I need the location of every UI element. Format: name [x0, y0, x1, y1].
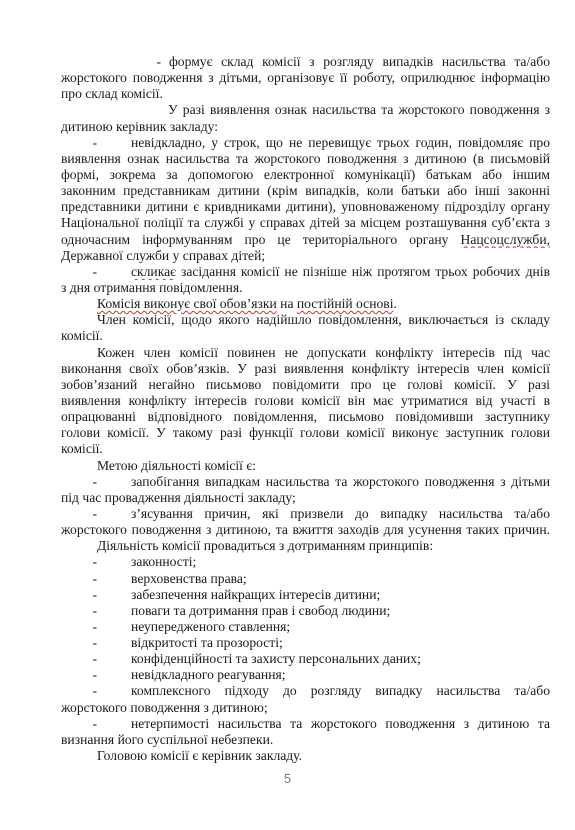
text-line: жорстокого поводження з дитиною, та вжит…	[61, 522, 550, 538]
text-line: комісії.	[61, 441, 550, 457]
principle-item: - верховенства права;	[61, 571, 550, 587]
list-dash: -	[61, 135, 97, 151]
text-span: одночасним інформуванням про це територі…	[61, 232, 448, 247]
text-line: дитиною керівник закладу:	[61, 119, 550, 135]
list-dash: -	[61, 651, 97, 667]
principle-text: верховенства права;	[131, 571, 550, 587]
spellcheck-word[interactable]: скликає	[131, 264, 176, 279]
paragraph-forms-commission: - формує склад комісії з розгляду випадк…	[61, 54, 550, 70]
paragraph-conflict-of-interest: Кожен член комісії повинен не допускати …	[61, 345, 550, 361]
paragraph-signs-of-violence: У разі виявлення ознак насильства та жор…	[61, 102, 550, 118]
list-dash: -	[61, 619, 97, 635]
text-line: запобігання випадкам насильства та жорст…	[131, 474, 550, 490]
list-dash: -	[61, 683, 97, 699]
paragraph-member-excluded: Член комісії, щодо якого надійшло повідо…	[61, 312, 550, 328]
text-line: комісії.	[61, 328, 550, 344]
principle-item: - нетерпимості насильства та жорстокого …	[61, 716, 550, 732]
list-dash: -	[61, 474, 97, 490]
list-dash: -	[61, 571, 97, 587]
principle-item: - відкритості та прозорості;	[61, 635, 550, 651]
text-line: Державної служби у справах дітей;	[61, 248, 550, 264]
text-span: на	[280, 296, 293, 311]
paragraph-goals: Метою діяльності комісії є:	[61, 458, 550, 474]
list-item-convene: - скликає засідання комісії не пізніше н…	[61, 264, 550, 280]
list-item-prevention: - запобігання випадкам насильства та жор…	[61, 474, 550, 490]
text-line: голови комісії. У такому разі функції го…	[61, 425, 550, 441]
text-line: одночасним інформуванням про це територі…	[61, 232, 550, 248]
list-dash: -	[61, 716, 97, 732]
list-dash: -	[61, 587, 97, 603]
text-line: законним представникам дитини (крім випа…	[61, 183, 550, 199]
list-dash: -	[61, 54, 169, 70]
spellcheck-phrase[interactable]: Комісія виконує свої обов’язки	[97, 296, 277, 311]
text-line: формує склад комісії з розгляду випадків…	[169, 54, 550, 70]
list-dash: -	[61, 603, 97, 619]
principle-item: - невідкладного реагування;	[61, 667, 550, 683]
text-line: про склад комісії.	[61, 86, 550, 102]
text-line: скликає засідання комісії не пізніше ніж…	[131, 264, 550, 280]
text-line: з’ясування причин, які призвели до випад…	[131, 506, 550, 522]
principle-text: комплексного підходу до розгляду випадку…	[131, 683, 550, 699]
document-page: - формує склад комісії з розгляду випадк…	[0, 0, 575, 830]
paragraph-principles: Діяльність комісії провадиться з дотрима…	[61, 538, 550, 554]
text-line: виявлення конфлікту інтересів голови ком…	[61, 393, 550, 409]
spellcheck-word[interactable]: Нацсоцслужби,	[461, 232, 550, 247]
list-dash: -	[61, 667, 97, 683]
principle-item: - забезпечення найкращих інтересів дитин…	[61, 587, 550, 603]
text-line: опрацюванні відповідного повідомлення, п…	[61, 409, 550, 425]
list-item-immediately: - невідкладно, у строк, що не перевищує …	[61, 135, 550, 151]
text-line: Національної поліції та службі у справах…	[61, 215, 550, 231]
text-line: представники дитини є кривдниками дитини…	[61, 199, 550, 215]
paragraph-permanent-basis: Комісія виконує свої обов’язки на постій…	[61, 296, 550, 312]
text-line: жорстокого поводження з дітьми, організо…	[61, 70, 550, 86]
principle-item: - законності;	[61, 554, 550, 570]
list-dash: -	[61, 264, 97, 280]
list-dash: -	[61, 554, 97, 570]
list-item-causes: - з’ясування причин, які призвели до вип…	[61, 506, 550, 522]
principle-text: нетерпимості насильства та жорстокого по…	[131, 716, 550, 732]
text-line: жорстокого поводження з дитиною;	[61, 700, 550, 716]
principle-text: законності;	[131, 554, 550, 570]
list-dash: -	[61, 635, 97, 651]
text-line: формі, зокрема за допомогою електронної …	[61, 167, 550, 183]
principle-text: забезпечення найкращих інтересів дитини;	[131, 587, 550, 603]
text-line: під час провадження діяльності закладу;	[61, 490, 550, 506]
principle-item: - комплексного підходу до розгляду випад…	[61, 683, 550, 699]
principle-text: невідкладного реагування;	[131, 667, 550, 683]
principle-text: неупередженого ставлення;	[131, 619, 550, 635]
text-line: невідкладно, у строк, що не перевищує тр…	[131, 135, 550, 151]
principle-item: - конфіденційності та захисту персональн…	[61, 651, 550, 667]
text-line: виявлення ознак насильства та жорстокого…	[61, 151, 550, 167]
principle-item: - неупередженого ставлення;	[61, 619, 550, 635]
text-span: засідання комісії не пізніше ніж протяго…	[181, 264, 550, 279]
text-line: виконання своїх обов’язків. У разі виявл…	[61, 361, 550, 377]
page-number: 5	[0, 771, 575, 786]
principle-text: відкритості та прозорості;	[131, 635, 550, 651]
list-dash: -	[61, 506, 97, 522]
principle-item: - поваги та дотримання прав і свобод люд…	[61, 603, 550, 619]
text-line: визнання його суспільної небезпеки.	[61, 732, 550, 748]
principle-text: поваги та дотримання прав і свобод людин…	[131, 603, 550, 619]
principle-text: конфіденційності та захисту персональних…	[131, 651, 550, 667]
text-line: зобов’язаний негайно письмово повідомити…	[61, 377, 550, 393]
paragraph-head-of-commission: Головою комісії є керівник закладу.	[61, 748, 550, 764]
spellcheck-phrase[interactable]: постійній основі	[297, 296, 394, 311]
text-line: з дня отримання повідомлення.	[61, 280, 550, 296]
text-span: .	[394, 296, 397, 311]
document-body[interactable]: - формує склад комісії з розгляду випадк…	[61, 54, 550, 764]
